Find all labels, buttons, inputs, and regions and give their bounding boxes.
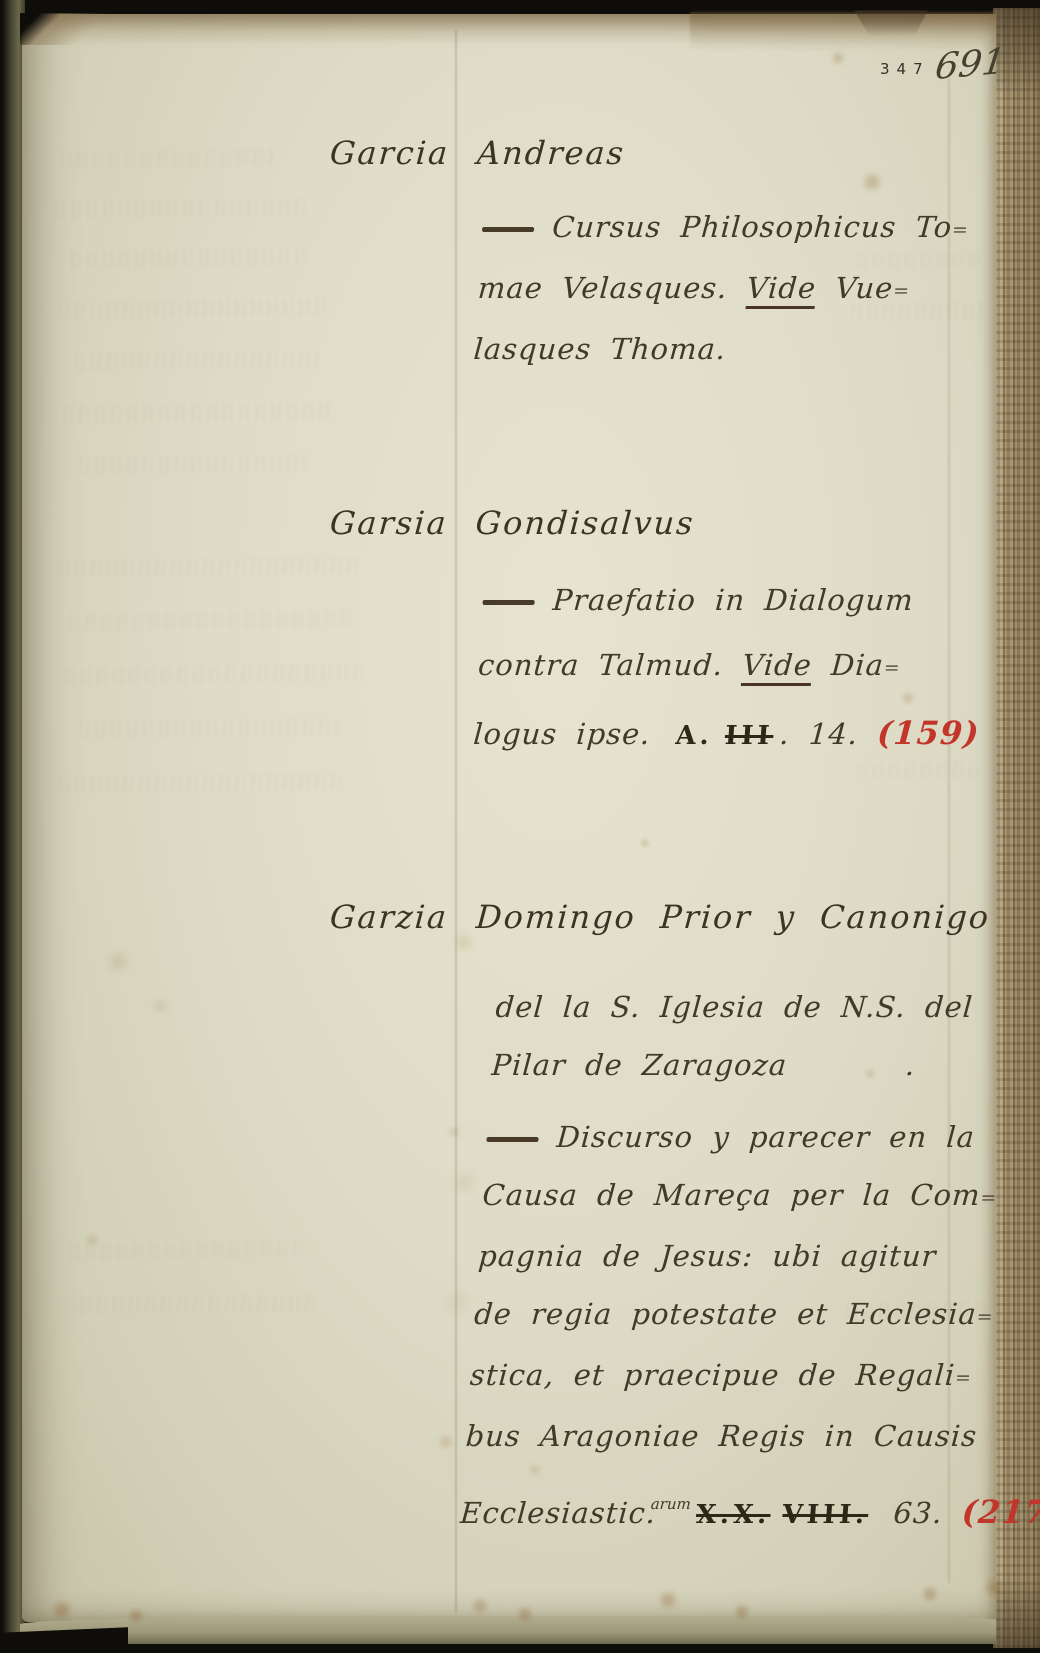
- entry-line: contra Talmud. Vide Dia=: [476, 633, 987, 701]
- vertical-crease: [455, 30, 457, 1612]
- bottom-page-edge: [20, 1616, 996, 1644]
- entry-line: Ecclesiastic.arumX.X.VIII. 63. (2175): [458, 1475, 1040, 1544]
- foxing-stains: [0, 0, 4, 4]
- ghost-line: [56, 198, 311, 219]
- entry-heading: GarciaAndreas: [329, 134, 627, 172]
- entry-name-rest: Gondisalvus: [474, 504, 696, 542]
- text-segment: Ecclesiastic.: [459, 1496, 657, 1530]
- text-segment: =: [980, 1187, 996, 1209]
- text-segment: logus ipse.: [472, 717, 671, 751]
- entry-name: Garcia: [329, 134, 451, 172]
- text-segment: =: [892, 280, 908, 302]
- handwritten-page-number: 691: [933, 41, 1008, 88]
- bottom-left-shadow: [0, 1627, 128, 1653]
- entry-line: del la S. Iglesia de N.S. del: [494, 978, 1040, 1036]
- entry-name: Garsia: [329, 504, 449, 542]
- entry-body: Cursus Philosophicus To=mae Velasques. V…: [472, 198, 970, 378]
- entry-line: Praefatio in Dialogum: [480, 568, 991, 633]
- text-segment: mae Velasques.: [477, 271, 748, 305]
- entry-line: lasques Thoma.: [472, 320, 961, 378]
- text-segment: bus Aragoniae Regis in Causis: [465, 1419, 979, 1453]
- text-segment: Discurso y parecer en la: [555, 1120, 976, 1154]
- entry-line: stica, et praecipue de Regali=: [468, 1346, 1040, 1407]
- entry-name-rest: Andreas: [476, 134, 627, 172]
- text-segment: Dia: [811, 648, 885, 682]
- text-segment: arum: [650, 1495, 691, 1513]
- text-segment: . 14.: [778, 717, 878, 751]
- text-segment: Praefatio in Dialogum: [552, 583, 915, 617]
- text-segment: X.X.: [695, 1500, 772, 1530]
- ghost-line: [80, 454, 310, 474]
- ghost-line: [80, 718, 342, 739]
- text-segment: =: [951, 219, 967, 241]
- ghost-line: [72, 248, 307, 268]
- printed-page-number: 347: [880, 60, 930, 78]
- em-dash: [482, 227, 534, 232]
- em-dash: [486, 1137, 538, 1142]
- text-segment: VIII.: [781, 1500, 869, 1530]
- text-segment: =: [954, 1367, 970, 1389]
- text-segment: del la S. Iglesia de N.S. del: [495, 990, 975, 1024]
- entry-line: pagnia de Jesus: ubi agitur: [476, 1227, 1040, 1285]
- ghost-line: [62, 148, 277, 168]
- entry-line: mae Velasques. Vide Vue=: [476, 259, 965, 320]
- text-segment: III: [724, 721, 775, 751]
- text-segment: contra Talmud.: [477, 648, 744, 682]
- entry-line: logus ipse. A.III. 14. (159): [471, 701, 982, 769]
- text-segment: de regia potestate et Ecclesia: [473, 1297, 978, 1331]
- text-segment: A.: [675, 721, 714, 751]
- entry-name: Garzia: [329, 898, 450, 936]
- entry-line: Cursus Philosophicus To=: [480, 198, 969, 259]
- entry-heading: GarsiaGondisalvus: [329, 504, 696, 542]
- text-segment: stica, et praecipue de Regali: [469, 1358, 957, 1392]
- torn-top-left-corner: [20, 13, 130, 45]
- entry-line: Causa de Mareça per la Com=: [480, 1166, 1040, 1227]
- entry-line: Pilar de Zaragoza.: [490, 1036, 1040, 1094]
- text-segment: pagnia de Jesus: ubi agitur: [477, 1239, 937, 1273]
- entry-line: bus Aragoniae Regis in Causis: [464, 1407, 1040, 1465]
- ghost-line: [66, 1294, 318, 1315]
- text-segment: lasques Thoma.: [473, 332, 728, 366]
- text-segment: Vide: [741, 648, 813, 686]
- entry-line: Discurso y parecer en la: [485, 1108, 1040, 1166]
- text-segment: Cursus Philosophicus To: [551, 210, 953, 244]
- text-segment: (159): [876, 714, 981, 752]
- entry-body: del la S. Iglesia de N.S. delPilar de Za…: [458, 978, 1040, 1544]
- text-segment: Vide: [745, 271, 817, 309]
- entry-name-rest: Domingo Prior y Canonigo: [475, 898, 992, 936]
- text-segment: 63.: [873, 1496, 963, 1530]
- text-segment: Vue: [815, 271, 895, 305]
- entry-heading: GarziaDomingo Prior y Canonigo: [329, 898, 992, 936]
- text-segment: (2175): [961, 1493, 1040, 1531]
- entry-line: de regia potestate et Ecclesia=: [472, 1285, 1040, 1346]
- em-dash: [482, 600, 534, 605]
- ghost-line: [70, 1240, 302, 1260]
- text-segment: Pilar de Zaragoza: [491, 1048, 789, 1082]
- text-segment: .: [904, 1048, 917, 1082]
- entry-body: Praefatio in Dialogumcontra Talmud. Vide…: [471, 568, 991, 769]
- text-segment: =: [976, 1306, 992, 1328]
- ghost-line: [76, 350, 321, 370]
- scanned-manuscript-page: 347 691 GarciaAndreas Cursus Philosophic…: [0, 0, 1040, 1653]
- text-segment: =: [883, 657, 899, 679]
- text-segment: Causa de Mareça per la Com: [481, 1178, 981, 1212]
